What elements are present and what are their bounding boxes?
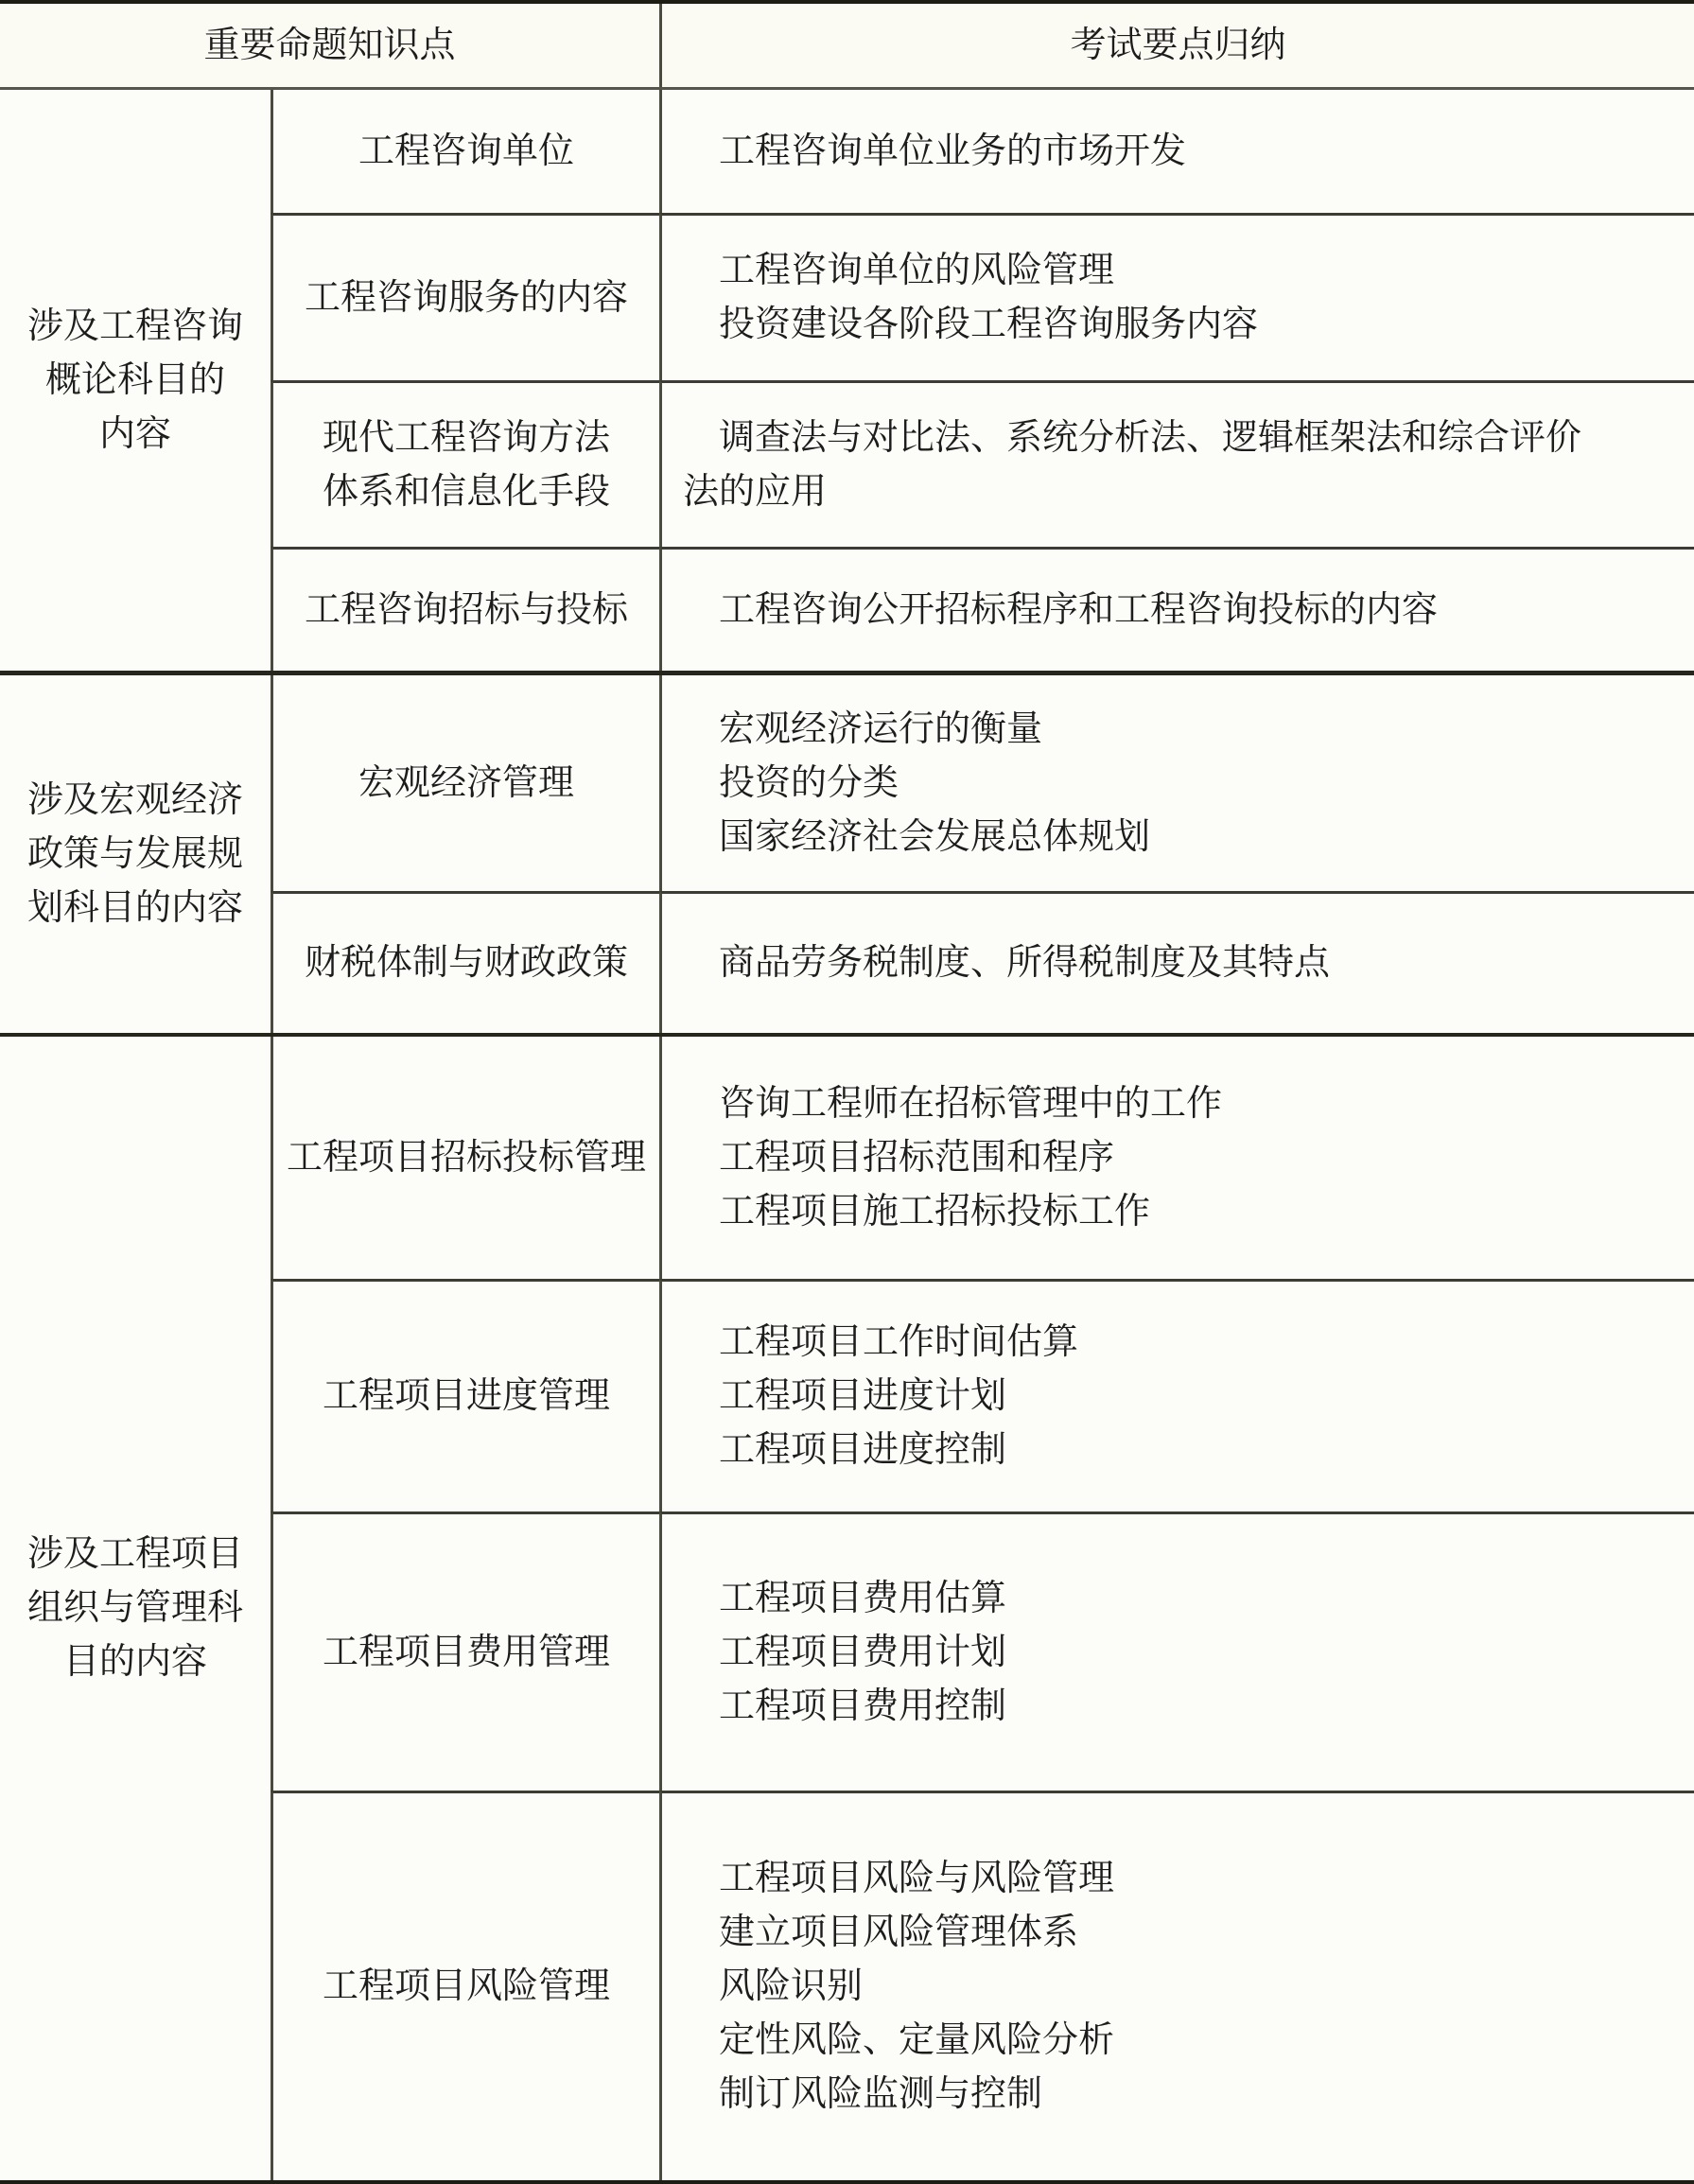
category-cell: 涉及工程咨询 概论科目的 内容 xyxy=(0,90,271,671)
points-cell: 工程项目费用估算 工程项目费用计划 工程项目费用控制 xyxy=(659,1511,1694,1791)
exam-knowledge-table: 重要命题知识点 考试要点归纳 涉及工程咨询 概论科目的 内容 工程咨询单位 工程… xyxy=(0,0,1694,2184)
point-line: 工程咨询单位业务的市场开发 xyxy=(683,125,1611,179)
topic-cell: 工程咨询服务的内容 xyxy=(271,213,659,380)
point-line: 工程项目风险与风险管理 xyxy=(683,1852,1611,1906)
point-line: 工程项目工作时间估算 xyxy=(683,1316,1611,1370)
point-line: 工程项目进度控制 xyxy=(683,1424,1611,1477)
topic-cell: 工程项目进度管理 xyxy=(271,1279,659,1511)
category-cell: 涉及工程项目 组织与管理科 目的内容 xyxy=(0,1037,271,2180)
topic-cell: 工程咨询招标与投标 xyxy=(271,547,659,671)
point-line: 调查法与对比法、系统分析法、逻辑框架法和综合评价法的应用 xyxy=(683,411,1611,519)
topic-cell: 宏观经济管理 xyxy=(271,675,659,891)
points-cell: 商品劳务税制度、所得税制度及其特点 xyxy=(659,891,1694,1033)
category-cell: 涉及宏观经济 政策与发展规 划科目的内容 xyxy=(0,675,271,1033)
points-cell: 工程项目工作时间估算 工程项目进度计划 工程项目进度控制 xyxy=(659,1279,1694,1511)
point-line: 定性风险、定量风险分析 xyxy=(683,2014,1611,2068)
points-cell: 调查法与对比法、系统分析法、逻辑框架法和综合评价法的应用 xyxy=(659,380,1694,547)
point-line: 工程项目费用估算 xyxy=(683,1572,1611,1626)
point-line: 工程项目进度计划 xyxy=(683,1370,1611,1424)
topic-cell: 工程咨询单位 xyxy=(271,90,659,213)
point-line: 工程项目施工招标投标工作 xyxy=(683,1185,1611,1239)
section-consulting-overview: 涉及工程咨询 概论科目的 内容 工程咨询单位 工程咨询单位业务的市场开发 工程咨… xyxy=(0,90,1694,671)
point-line: 风险识别 xyxy=(683,1960,1611,2014)
points-cell: 咨询工程师在招标管理中的工作 工程项目招标范围和程序 工程项目施工招标投标工作 xyxy=(659,1037,1694,1279)
topic-cell: 现代工程咨询方法 体系和信息化手段 xyxy=(271,380,659,547)
point-line: 商品劳务税制度、所得税制度及其特点 xyxy=(683,936,1611,990)
point-line: 工程咨询单位的风险管理 xyxy=(683,244,1611,298)
point-line: 建立项目风险管理体系 xyxy=(683,1906,1611,1960)
point-line: 制订风险监测与控制 xyxy=(683,2068,1611,2122)
header-knowledge-points: 重要命题知识点 xyxy=(0,4,659,87)
section-macro-economy: 涉及宏观经济 政策与发展规 划科目的内容 宏观经济管理 宏观经济运行的衡量 投资… xyxy=(0,671,1694,1033)
section-project-management: 涉及工程项目 组织与管理科 目的内容 工程项目招标投标管理 咨询工程师在招标管理… xyxy=(0,1033,1694,2180)
points-cell: 宏观经济运行的衡量 投资的分类 国家经济社会发展总体规划 xyxy=(659,675,1694,891)
point-line: 投资的分类 xyxy=(683,757,1611,811)
point-line: 宏观经济运行的衡量 xyxy=(683,703,1611,757)
points-cell: 工程咨询单位的风险管理 投资建设各阶段工程咨询服务内容 xyxy=(659,213,1694,380)
points-cell: 工程项目风险与风险管理 建立项目风险管理体系 风险识别 定性风险、定量风险分析 … xyxy=(659,1791,1694,2180)
topic-cell: 工程项目风险管理 xyxy=(271,1791,659,2180)
point-line: 工程项目费用计划 xyxy=(683,1626,1611,1680)
point-line: 咨询工程师在招标管理中的工作 xyxy=(683,1077,1611,1131)
table-header-row: 重要命题知识点 考试要点归纳 xyxy=(0,4,1694,90)
points-cell: 工程咨询公开招标程序和工程咨询投标的内容 xyxy=(659,547,1694,671)
topic-cell: 工程项目费用管理 xyxy=(271,1511,659,1791)
topic-cell: 工程项目招标投标管理 xyxy=(271,1037,659,1279)
point-line: 投资建设各阶段工程咨询服务内容 xyxy=(683,298,1611,352)
point-line: 工程咨询公开招标程序和工程咨询投标的内容 xyxy=(683,584,1611,638)
points-cell: 工程咨询单位业务的市场开发 xyxy=(659,90,1694,213)
point-line: 工程项目费用控制 xyxy=(683,1680,1611,1734)
topic-cell: 财税体制与财政政策 xyxy=(271,891,659,1033)
point-line: 国家经济社会发展总体规划 xyxy=(683,811,1611,865)
point-line: 工程项目招标范围和程序 xyxy=(683,1131,1611,1185)
header-exam-summary: 考试要点归纳 xyxy=(659,4,1694,87)
